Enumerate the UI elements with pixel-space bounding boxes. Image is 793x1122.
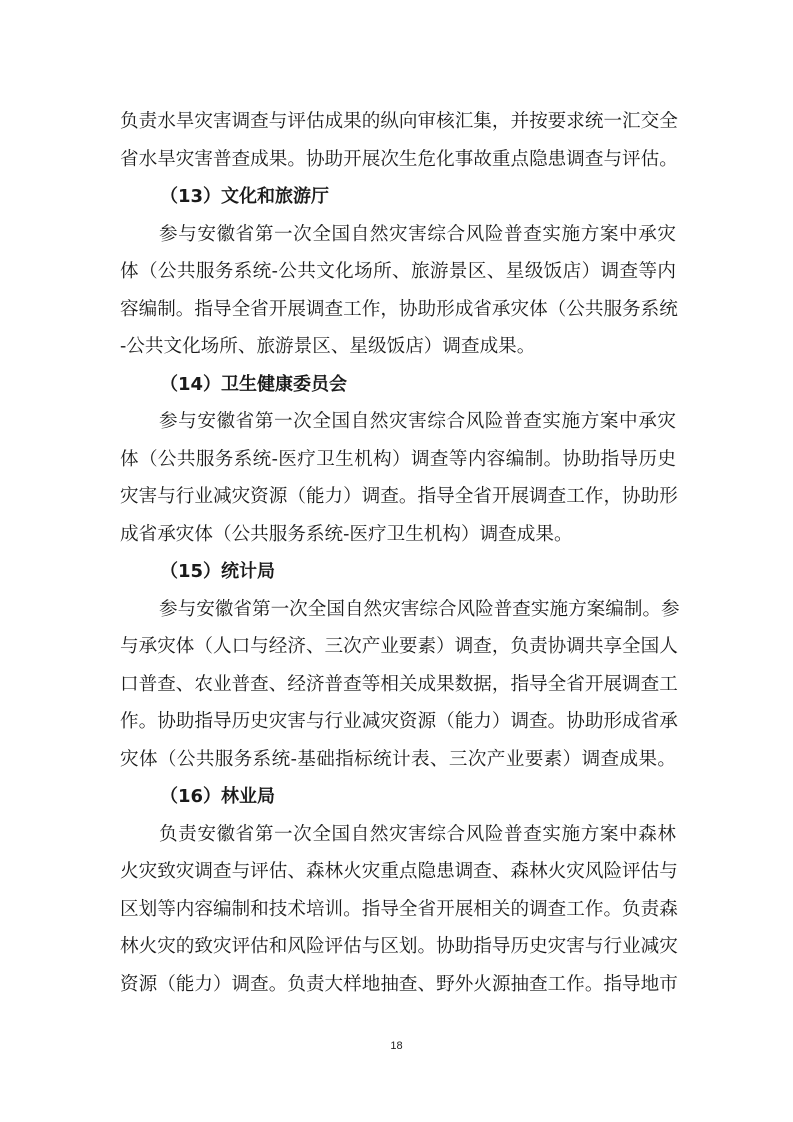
body-line: 火灾致灾调查与评估、森林火灾重点隐患调查、森林火灾风险评估与 bbox=[120, 853, 676, 891]
section-heading-16: （16）林业局 bbox=[120, 778, 676, 816]
section-heading-15: （15）统计局 bbox=[120, 553, 676, 591]
body-line: 区划等内容编制和技术培训。指导全省开展相关的调查工作。负责森 bbox=[120, 891, 676, 929]
page-number: 18 bbox=[0, 1040, 793, 1052]
body-line: 负责安徽省第一次全国自然灾害综合风险普查实施方案中森林 bbox=[120, 816, 676, 854]
body-line: 灾体（公共服务系统-基础指标统计表、三次产业要素）调查成果。 bbox=[120, 741, 676, 779]
body-line: 参与安徽省第一次全国自然灾害综合风险普查实施方案中承灾 bbox=[120, 216, 676, 254]
body-line: 容编制。指导全省开展调查工作，协助形成省承灾体（公共服务系统 bbox=[120, 291, 676, 329]
body-line: 口普查、农业普查、经济普查等相关成果数据，指导全省开展调查工 bbox=[120, 666, 676, 704]
body-line: 体（公共服务系统-公共文化场所、旅游景区、星级饭店）调查等内 bbox=[120, 253, 676, 291]
page-body: 负责水旱灾害调查与评估成果的纵向审核汇集，并按要求统一汇交全 省水旱灾害普查成果… bbox=[120, 103, 676, 1003]
body-line: 体（公共服务系统-医疗卫生机构）调查等内容编制。协助指导历史 bbox=[120, 441, 676, 479]
body-line: 参与安徽省第一次全国自然灾害综合风险普查实施方案编制。参 bbox=[120, 591, 676, 629]
body-line: 负责水旱灾害调查与评估成果的纵向审核汇集，并按要求统一汇交全 bbox=[120, 103, 676, 141]
body-line: 作。协助指导历史灾害与行业减灾资源（能力）调查。协助形成省承 bbox=[120, 703, 676, 741]
body-line: 与承灾体（人口与经济、三次产业要素）调查，负责协调共享全国人 bbox=[120, 628, 676, 666]
body-line: 资源（能力）调查。负责大样地抽查、野外火源抽查工作。指导地市 bbox=[120, 966, 676, 1004]
body-line: 成省承灾体（公共服务系统-医疗卫生机构）调查成果。 bbox=[120, 516, 676, 554]
body-line: 参与安徽省第一次全国自然灾害综合风险普查实施方案中承灾 bbox=[120, 403, 676, 441]
body-line: 省水旱灾害普查成果。协助开展次生危化事故重点隐患调查与评估。 bbox=[120, 141, 676, 179]
section-heading-13: （13）文化和旅游厅 bbox=[120, 178, 676, 216]
body-line: 林火灾的致灾评估和风险评估与区划。协助指导历史灾害与行业减灾 bbox=[120, 928, 676, 966]
body-line: 灾害与行业减灾资源（能力）调查。指导全省开展调查工作，协助形 bbox=[120, 478, 676, 516]
section-heading-14: （14）卫生健康委员会 bbox=[120, 366, 676, 404]
body-line: -公共文化场所、旅游景区、星级饭店）调查成果。 bbox=[120, 328, 676, 366]
document-page: 负责水旱灾害调查与评估成果的纵向审核汇集，并按要求统一汇交全 省水旱灾害普查成果… bbox=[0, 0, 793, 1122]
